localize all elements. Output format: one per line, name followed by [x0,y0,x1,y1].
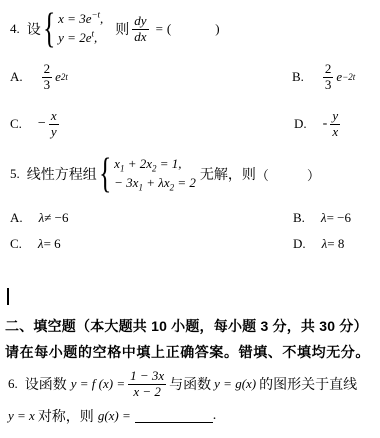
option-q4-c: C. − x y [10,106,62,142]
option-c-value: = 6 [44,236,61,252]
section-heading: 二、填空题（本大题共 10 小题，每小题 3 分，共 30 分） [5,316,368,336]
equation-line-2: − 3x1 + λx2 = 2 [114,174,196,193]
option-c-label: C. [10,116,22,132]
option-a-value: ≠ −6 [44,210,68,226]
question-6-gx: y = g(x) [214,376,256,392]
question-6-fraction: 1 − 3x x − 2 [128,369,166,400]
question-6-fx: y = f (x) = [71,376,125,392]
option-c-minus: − [38,116,46,132]
eq1-comma: , [100,11,103,26]
close-paren: ） [307,165,320,184]
option-q5-d: D. λ = 8 [293,235,344,253]
question-6-number: 6. [8,376,18,392]
eq2-end: = 2 [174,175,196,190]
fraction-denominator: x [332,125,338,140]
option-c-label: C. [10,236,22,252]
equation-line-1: x = 3e−t, [58,10,103,29]
eq2-comma: , [94,30,97,45]
question-4-then: 则 [115,19,129,39]
option-d-label: D. [293,236,306,252]
equation-line-1: x1 + 2x2 = 1, [114,155,196,174]
line2-text: 对称，则 [38,406,94,426]
option-q4-b: B. 2 3 e−2t [292,59,355,95]
option-d-fraction: y x [330,109,340,140]
option-b-label: B. [292,69,304,85]
line2-gx: g(x) = [98,408,131,424]
question-6-line2: y = x 对称，则 g(x) = . [8,406,216,426]
text-cursor[interactable] [7,288,9,305]
open-paren: （ [256,165,269,184]
option-q5-c: C. λ = 6 [10,235,61,253]
fraction-numerator: dy [132,14,148,30]
equals-sign: = [156,21,163,37]
fraction-denominator: 3 [44,78,51,93]
question-5-number: 5. [10,166,20,182]
question-4-intro: 设 [27,19,41,39]
option-q5-a: A. λ ≠ −6 [10,209,69,227]
fraction-denominator: x − 2 [133,385,161,400]
equation-system-q5: x1 + 2x2 = 1, − 3x1 + λx2 = 2 [114,155,196,193]
left-brace-icon: { [43,8,55,51]
fraction-numerator: y [330,109,340,125]
fraction-denominator: dx [134,30,146,45]
option-b-label: B. [293,210,305,226]
fraction-numerator: x [49,109,59,125]
option-q4-d: D. - y x [294,106,343,142]
eq2-base: y = 2e [58,30,91,45]
question-6-intro: 设函数 [25,374,67,394]
option-d-minus: - [323,116,328,132]
eq1-exponent: −t [91,10,100,20]
fraction-numerator: 2 [323,62,334,78]
question-4: 4. 设 { x = 3e−t, y = 2et, 则 dy dx = ( ) [10,6,220,52]
fraction-denominator: 3 [325,78,332,93]
fraction-denominator: y [51,125,57,140]
close-paren: ) [215,21,219,37]
option-q5-b: B. λ = −6 [293,209,351,227]
option-a-label: A. [10,69,23,85]
option-a-label: A. [10,210,23,226]
eq2-x: − 3x [114,175,138,190]
option-b-fraction: 2 3 [323,62,334,93]
equation-line-2: y = 2et, [58,29,103,48]
eq2-mid: + λx [143,175,170,190]
option-b-value: = −6 [327,210,351,226]
left-brace-icon: { [99,153,111,196]
line2-math: y = x [8,408,35,424]
question-6-line1: 6. 设函数 y = f (x) = 1 − 3x x − 2 与函数 y = … [8,366,357,402]
option-c-fraction: x y [49,109,59,140]
question-5: 5. 线性方程组 { x1 + 2x2 = 1, − 3x1 + λx2 = 2… [10,150,320,198]
option-d-label: D. [294,116,307,132]
question-5-intro: 线性方程组 [27,164,97,184]
fraction-numerator: 2 [42,62,53,78]
answer-blank[interactable] [135,409,213,423]
question-5-outro: 无解，则 [200,164,256,184]
period: . [213,408,217,424]
option-a-fraction: 2 3 [42,62,53,93]
eq1-base: x = 3e [58,11,91,26]
question-6-mid: 与函数 [169,374,211,394]
question-6-outro: 的图形关于直线 [259,374,357,394]
section-subheading: 请在每小题的空格中填上正确答案。错填、不填均无分。 [5,342,370,362]
equation-system-q4: x = 3e−t, y = 2et, [58,10,103,48]
open-paren: ( [167,21,171,37]
eq1-end: = 1, [156,156,181,171]
fraction-numerator: 1 − 3x [128,369,166,385]
dy-dx-fraction: dy dx [132,14,148,45]
option-d-value: = 8 [327,236,344,252]
question-4-number: 4. [10,21,20,37]
option-q4-a: A. 2 3 e2t [10,59,68,95]
eq1-mid: + 2x [124,156,152,171]
exam-document: 4. 设 { x = 3e−t, y = 2et, 则 dy dx = ( ) … [0,0,380,438]
